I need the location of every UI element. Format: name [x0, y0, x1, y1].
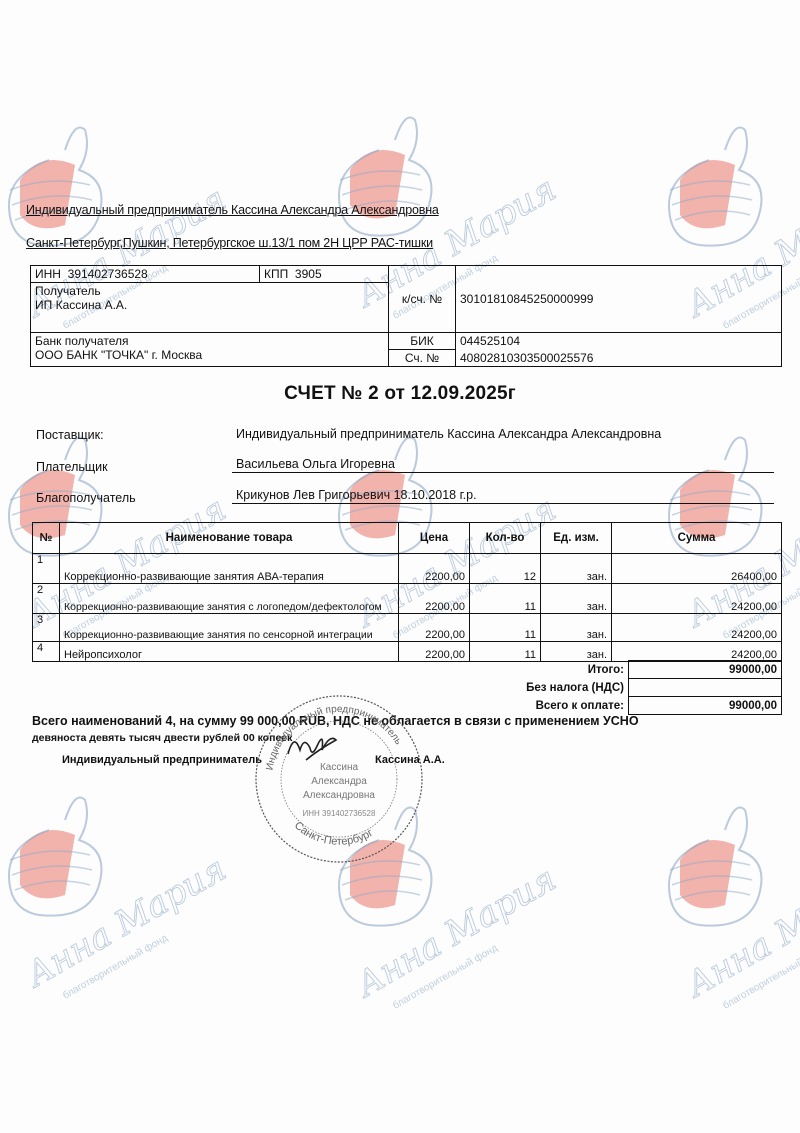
row-sum: 24200,00	[612, 584, 782, 614]
row-name: Коррекционно-развивающие занятия с логоп…	[60, 584, 399, 614]
row-unit: зан.	[541, 554, 612, 584]
svg-text:Санкт-Петербург: Санкт-Петербург	[292, 820, 375, 848]
svg-text:Кассина: Кассина	[320, 762, 358, 773]
payer-value: Васильева Ольга Игоревна	[236, 457, 395, 471]
row-name: Нейропсихолог	[60, 642, 399, 662]
row-sum: 24200,00	[612, 614, 782, 642]
col-unit: Ед. изм.	[541, 523, 612, 554]
inn-cell: ИНН 391402736528	[31, 266, 260, 283]
vat-value	[629, 679, 782, 697]
signer-role: Индивидуальный предприниматель	[62, 754, 262, 766]
svg-text:Анна Мария: Анна Мария	[348, 859, 563, 1006]
col-qty: Кол-во	[470, 523, 541, 554]
row-price: 2200,00	[399, 554, 470, 584]
bank-details-table: ИНН 391402736528 КПП 3905 к/сч. № 301018…	[30, 265, 782, 367]
company-stamp: Индивидуальный предприниматель Санкт-Пет…	[252, 692, 426, 866]
kpp-cell: КПП 3905	[260, 266, 389, 283]
corr-account-label: к/сч. №	[389, 266, 456, 333]
invoice-title: СЧЕТ № 2 от 12.09.2025г	[0, 383, 800, 405]
table-row: 2Коррекционно-развивающие занятия с лого…	[33, 584, 782, 614]
bank-label: Банк получателя	[35, 334, 384, 348]
charity-logo-watermark: Анна Марияблаготворительный фонд	[0, 780, 200, 1015]
header-entrepreneur: Индивидуальный предприниматель Кассина А…	[26, 203, 439, 217]
svg-text:Александра: Александра	[311, 776, 367, 787]
supplier-value: Индивидуальный предприниматель Кассина А…	[236, 427, 661, 441]
row-sum: 26400,00	[612, 554, 782, 584]
vat-label: Без налога (НДС)	[420, 679, 629, 697]
row-unit: зан.	[541, 642, 612, 662]
svg-text:ИНН 391402736528: ИНН 391402736528	[303, 809, 376, 818]
corr-account-value: 30101810845250000999	[456, 266, 782, 333]
account-label: Сч. №	[389, 350, 456, 367]
total-label: Итого:	[420, 661, 629, 679]
bank-cell: Банк получателя ООО БАНК "ТОЧКА" г. Моск…	[31, 333, 389, 367]
beneficiary-underline	[232, 503, 774, 504]
beneficiary-value: Крикунов Лев Григорьевич 18.10.2018 г.р.	[236, 488, 477, 502]
row-sum: 24200,00	[612, 642, 782, 662]
row-qty: 12	[470, 554, 541, 584]
svg-text:благотворительный фонд: благотворительный фонд	[391, 942, 500, 1012]
row-unit: зан.	[541, 614, 612, 642]
svg-text:Анна Мария: Анна Мария	[18, 849, 233, 996]
bank-name: ООО БАНК "ТОЧКА" г. Москва	[35, 348, 384, 362]
row-number: 1	[33, 554, 60, 584]
col-number: №	[33, 523, 60, 554]
row-number: 2	[33, 584, 60, 614]
row-unit: зан.	[541, 584, 612, 614]
bik-label: БИК	[389, 333, 456, 350]
due-label: Всего к оплате:	[420, 697, 629, 715]
table-row: 4Нейропсихолог2200,0011зан.24200,00	[33, 642, 782, 662]
row-price: 2200,00	[399, 584, 470, 614]
table-row: 3Коррекционно-развивающие занятия по сен…	[33, 614, 782, 642]
row-price: 2200,00	[399, 614, 470, 642]
bik-value: 044525104	[456, 333, 782, 350]
signature-scribble	[288, 738, 336, 760]
svg-text:благотворительный фонд: благотворительный фонд	[721, 942, 800, 1012]
recipient-value: ИП Кассина А.А.	[35, 298, 384, 312]
recipient-cell: Получатель ИП Кассина А.А.	[31, 283, 389, 333]
total-value: 99000,00	[629, 661, 782, 679]
col-price: Цена	[399, 523, 470, 554]
totals-table: Итого:99000,00 Без налога (НДС) Всего к …	[420, 660, 782, 715]
kpp-value: 3905	[295, 267, 322, 281]
supplier-label: Поставщик:	[36, 428, 104, 442]
charity-logo-watermark: Анна Марияблаготворительный фонд	[660, 790, 800, 1025]
row-qty: 11	[470, 642, 541, 662]
beneficiary-label: Благополучатель	[36, 491, 136, 505]
row-qty: 11	[470, 614, 541, 642]
row-name: Коррекционно-развивающие занятия АВА-тер…	[60, 554, 399, 584]
table-row: 1Коррекционно-развивающие занятия АВА-те…	[33, 554, 782, 584]
row-price: 2200,00	[399, 642, 470, 662]
items-header-row: № Наименование товара Цена Кол-во Ед. из…	[33, 523, 782, 554]
inn-value: 391402736528	[68, 267, 148, 281]
payer-underline	[232, 472, 774, 473]
header-address: Санкт-Петербург,Пушкин, Петербургское ш.…	[26, 236, 433, 250]
svg-text:благотворительный фонд: благотворительный фонд	[61, 932, 170, 1002]
account-value: 40802810303500025576	[456, 350, 782, 367]
due-value: 99000,00	[629, 697, 782, 715]
svg-text:Александровна: Александровна	[303, 790, 375, 801]
recipient-label: Получатель	[35, 284, 384, 298]
col-sum: Сумма	[612, 523, 782, 554]
row-name: Коррекционно-развивающие занятия по сенс…	[60, 614, 399, 642]
row-qty: 11	[470, 584, 541, 614]
payer-label: Плательщик	[36, 460, 108, 474]
items-table: № Наименование товара Цена Кол-во Ед. из…	[32, 522, 782, 662]
col-name: Наименование товара	[60, 523, 399, 554]
row-number: 4	[33, 642, 60, 662]
row-number: 3	[33, 614, 60, 642]
svg-text:Анна Мария: Анна Мария	[678, 859, 800, 1006]
